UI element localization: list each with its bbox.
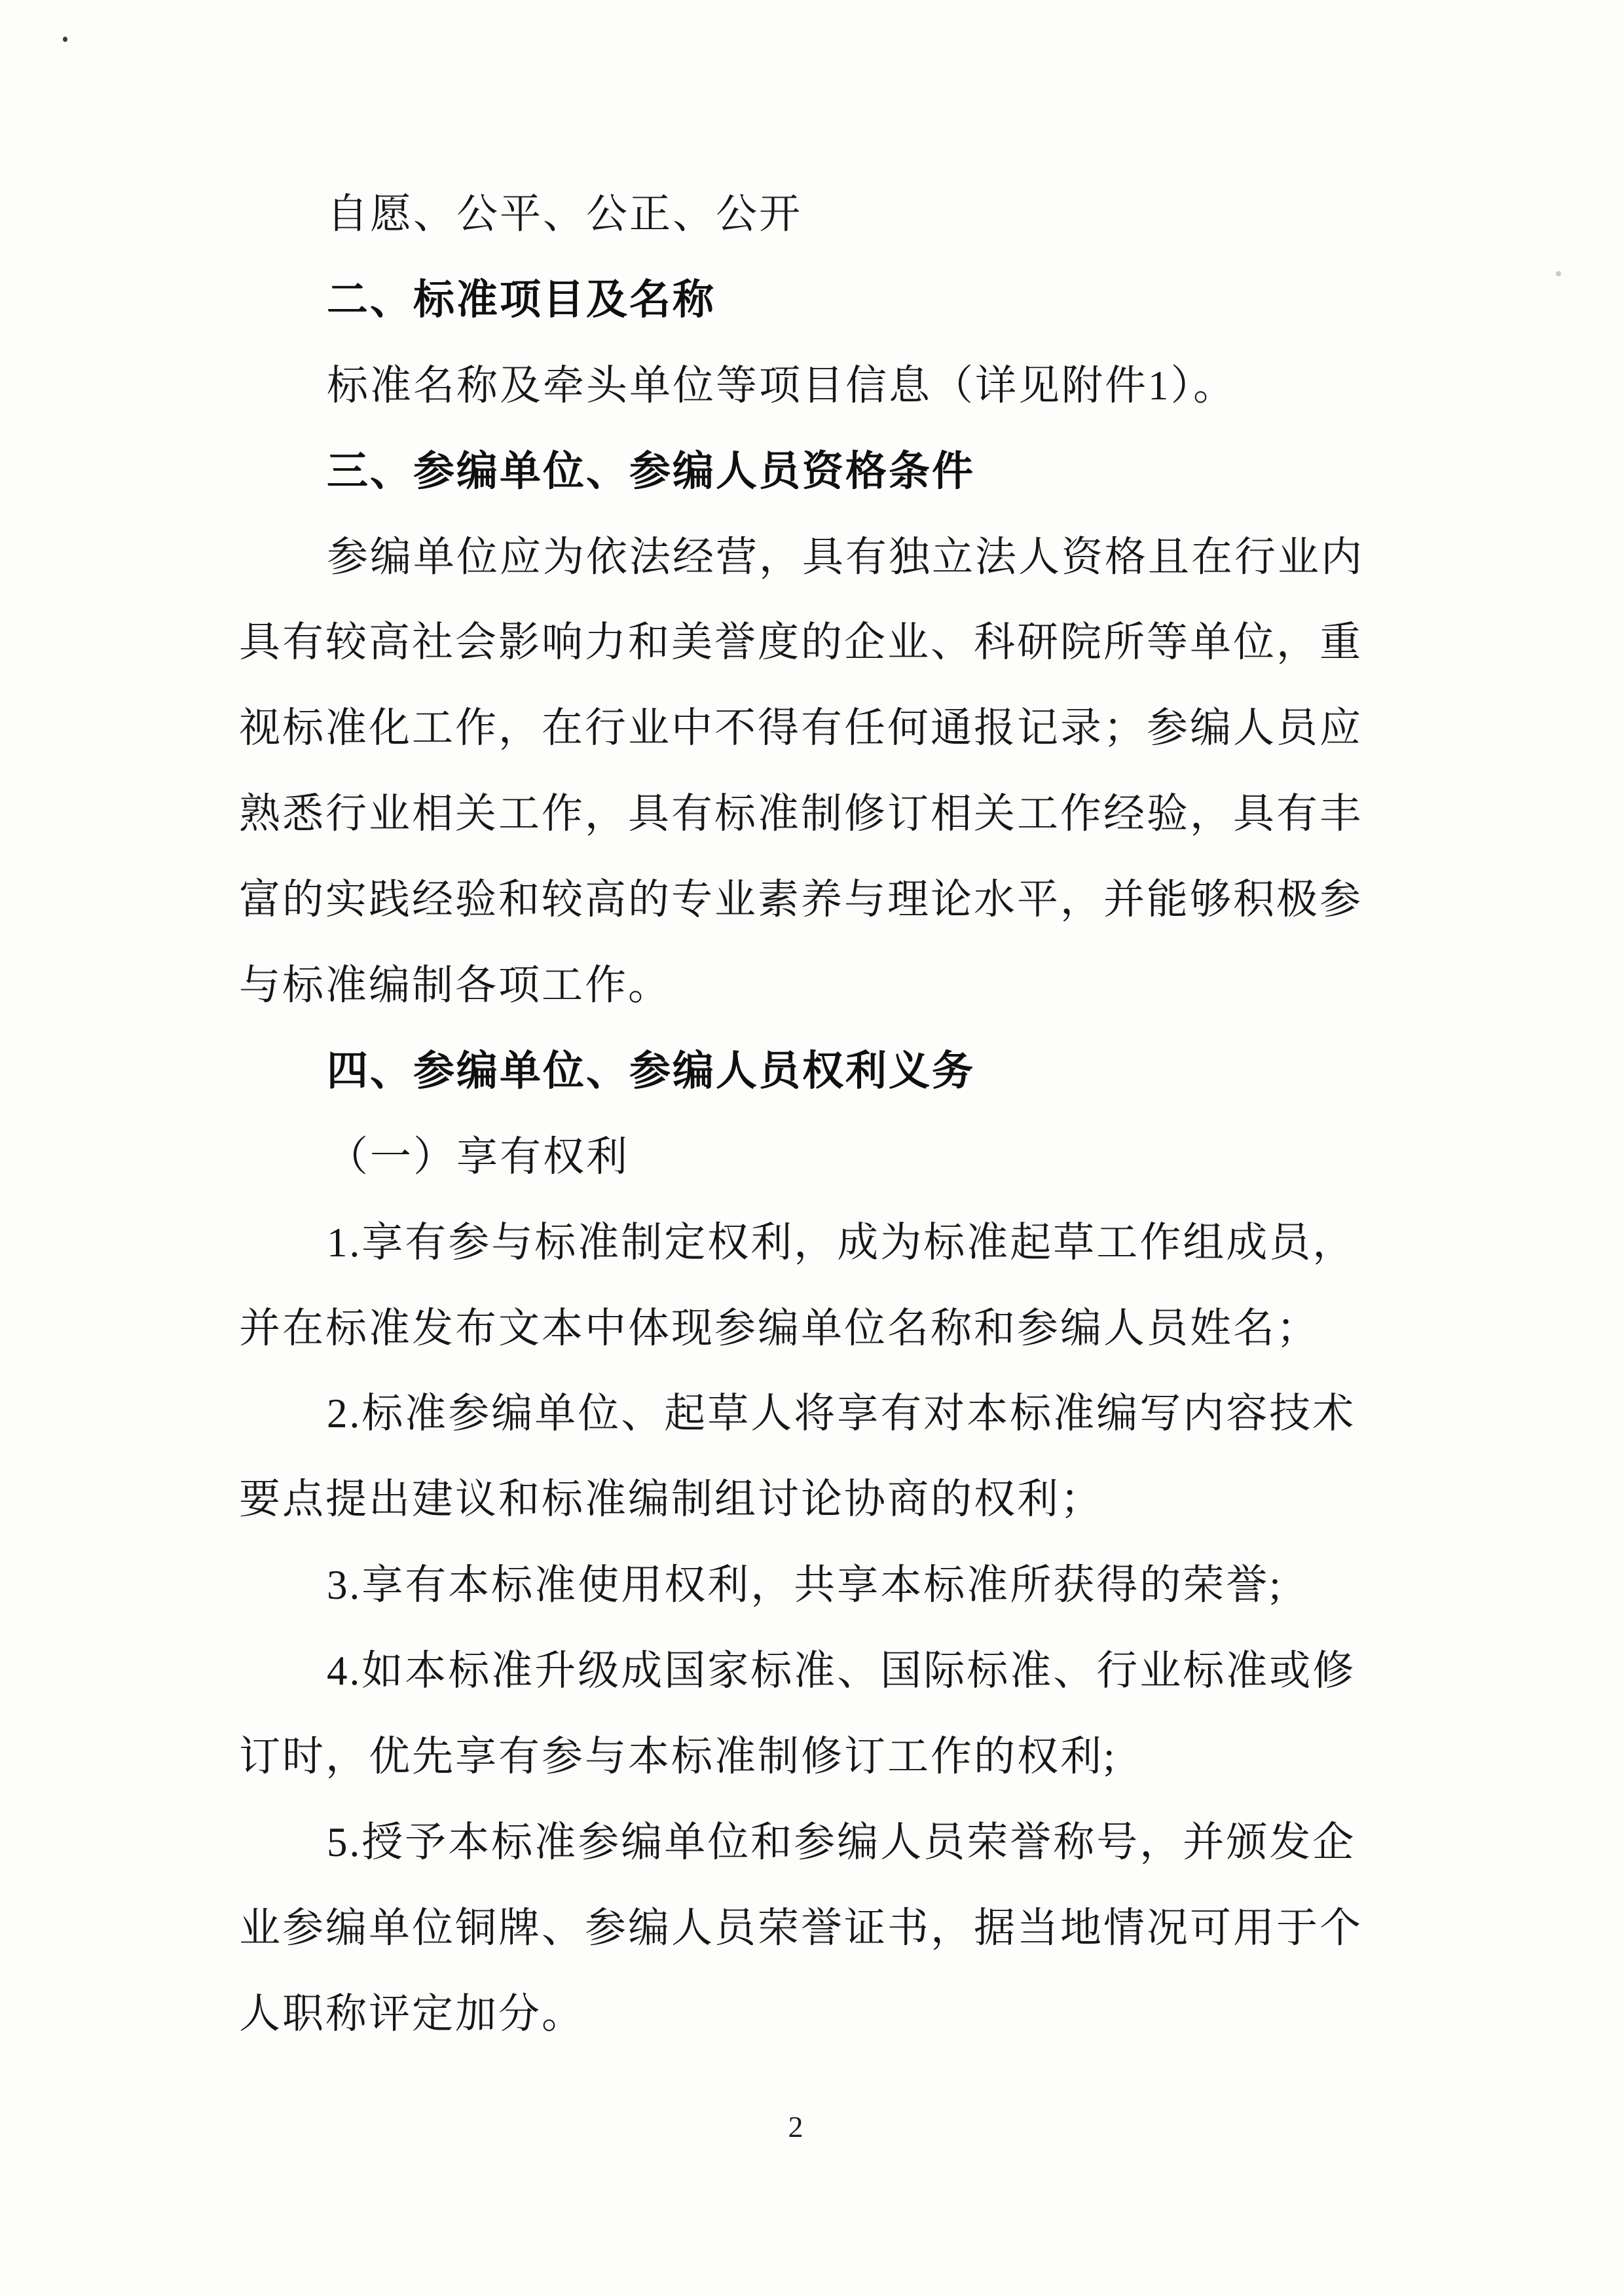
text-line: 2.标准参编单位、起草人将享有对本标准编写内容技术	[239, 1371, 1392, 1457]
text-line: 订时，优先享有参与本标准制修订工作的权利;	[239, 1714, 1392, 1800]
scanned-page: 自愿、公平、公正、公开 二、标准项目及名称 标准名称及牵头单位等项目信息（详见附…	[0, 0, 1624, 2296]
scan-speck	[1556, 271, 1561, 276]
scan-speck	[63, 37, 67, 42]
section-heading: 四、参编单位、参编人员权利义务	[239, 1029, 1392, 1114]
text-line: 业参编单位铜牌、参编人员荣誉证书，据当地情况可用于个	[239, 1886, 1392, 1971]
text-line: 1.享有参与标准制定权利，成为标准起草工作组成员，	[239, 1200, 1392, 1286]
text-line: 视标准化工作，在行业中不得有任何通报记录；参编人员应	[239, 685, 1392, 771]
text-line: 熟悉行业相关工作，具有标准制修订相关工作经验，具有丰	[239, 771, 1392, 857]
text-line: 4.如本标准升级成国家标准、国际标准、行业标准或修	[239, 1628, 1392, 1714]
text-line: （一）享有权利	[239, 1114, 1392, 1200]
section-heading: 三、参编单位、参编人员资格条件	[239, 429, 1392, 515]
text-line: 富的实践经验和较高的专业素养与理论水平，并能够积极参	[239, 857, 1392, 943]
page-number: 2	[0, 2109, 1591, 2144]
text-line: 要点提出建议和标准编制组讨论协商的权利；	[239, 1457, 1392, 1542]
document-body: 自愿、公平、公正、公开 二、标准项目及名称 标准名称及牵头单位等项目信息（详见附…	[239, 172, 1392, 2057]
text-line: 3.享有本标准使用权利，共享本标准所获得的荣誉;	[239, 1542, 1392, 1628]
text-line: 与标准编制各项工作。	[239, 943, 1392, 1029]
text-line: 参编单位应为依法经营，具有独立法人资格且在行业内	[239, 515, 1392, 600]
text-line: 人职称评定加分。	[239, 1971, 1392, 2057]
text-line: 自愿、公平、公正、公开	[239, 172, 1392, 257]
section-heading: 二、标准项目及名称	[239, 257, 1392, 343]
text-line: 具有较高社会影响力和美誉度的企业、科研院所等单位，重	[239, 600, 1392, 685]
text-line: 5.授予本标准参编单位和参编人员荣誉称号，并颁发企	[239, 1800, 1392, 1886]
text-line: 标准名称及牵头单位等项目信息（详见附件1）。	[239, 343, 1392, 429]
text-line: 并在标准发布文本中体现参编单位名称和参编人员姓名；	[239, 1286, 1392, 1372]
